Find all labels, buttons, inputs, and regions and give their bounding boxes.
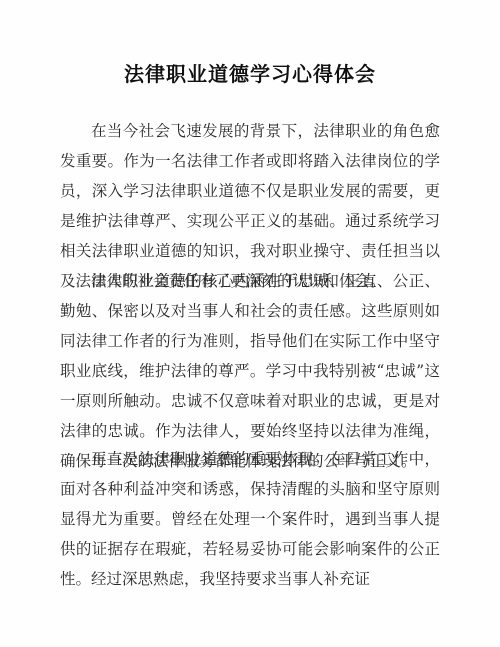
paragraph-3-block: 正直是法律职业道德的重要体现。在日常工作中，面对各种利益冲突和诱惑，保持清醒的头…: [60, 444, 440, 594]
document-title: 法律职业道德学习心得体会: [0, 60, 500, 88]
document-page: 法律职业道德学习心得体会 在当今社会飞速发展的背景下，法律职业的角色愈发重要。作…: [0, 0, 500, 647]
paragraph-3: 正直是法律职业道德的重要体现。在日常工作中，面对各种利益冲突和诱惑，保持清醒的头…: [60, 444, 440, 594]
